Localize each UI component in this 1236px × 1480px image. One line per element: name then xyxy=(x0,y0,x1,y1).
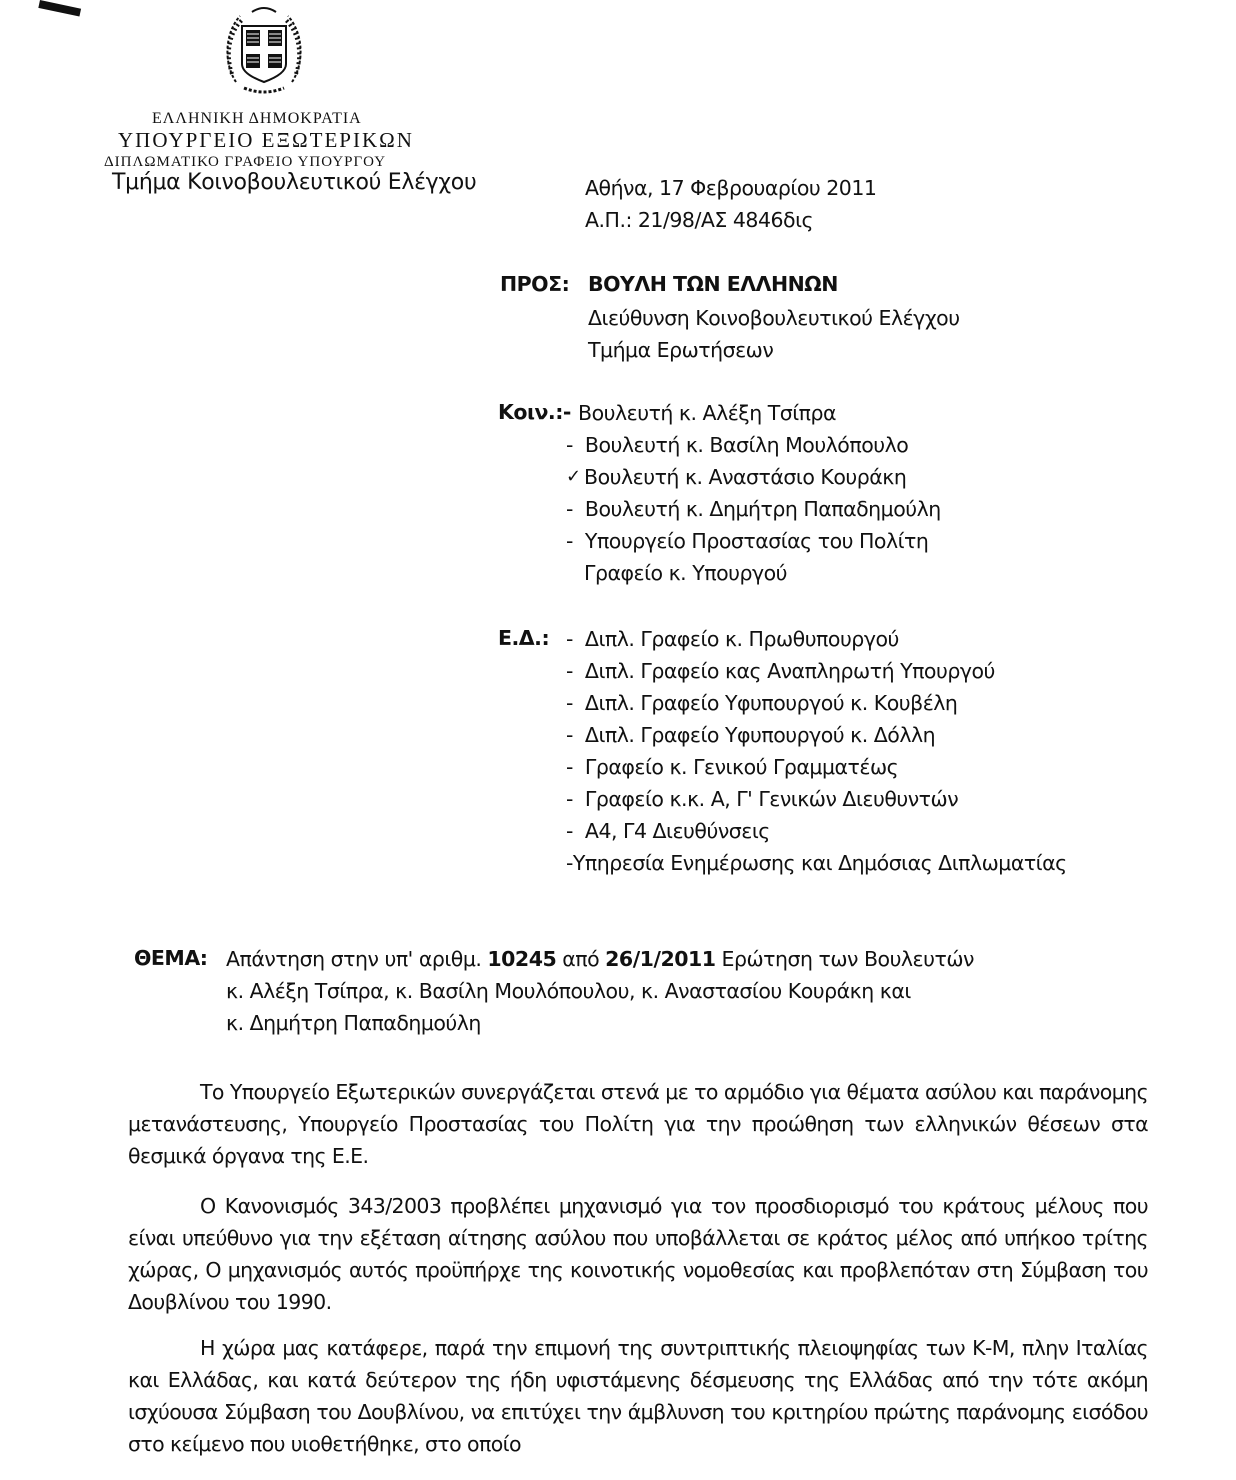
document-date: Αθήνα, 17 Φεβρουαρίου 2011 xyxy=(585,176,876,200)
copies-list: Βουλευτή κ. Αλέξη Τσίπρα - Βουλευτή κ. Β… xyxy=(566,400,941,592)
handwritten-check-icon: ✓ xyxy=(566,466,581,487)
list-item: Βουλευτή κ. Αναστάσιο Κουράκη xyxy=(566,464,941,496)
list-item: - Γραφείο κ.κ. Α, Γ' Γενικών Διευθυντών xyxy=(566,786,1067,818)
list-item: - Γραφείο κ. Γενικού Γραμματέως xyxy=(566,754,1067,786)
letterhead-republic: ΕΛΛΗΝΙΚΗ ΔΗΜΟΚΡΑΤΙΑ xyxy=(152,110,362,128)
subject-text-part: από xyxy=(556,947,605,971)
list-item: - Διπλ. Γραφείο κ. Πρωθυπουργού xyxy=(566,626,1067,658)
subject-text: Απάντηση στην υπ' αριθμ. 10245 από 26/1/… xyxy=(226,946,974,1042)
subject-label: ΘΕΜΑ: xyxy=(134,946,207,970)
body-paragraph: Το Υπουργείο Εξωτερικών συνεργάζεται στε… xyxy=(128,1076,1148,1172)
body-paragraph: Η χώρα μας κατάφερε, παρά την επιμονή τη… xyxy=(128,1332,1148,1460)
list-item: - Διπλ. Γραφείο Υφυπουργού κ. Κουβέλη xyxy=(566,690,1067,722)
greek-coat-of-arms-icon xyxy=(222,4,306,96)
list-item: -Υπηρεσία Ενημέρωσης και Δημόσιας Διπλωμ… xyxy=(566,850,1067,882)
list-item: - Διπλ. Γραφείο κας Αναπληρωτή Υπουργού xyxy=(566,658,1067,690)
recipient-line: Τμήμα Ερωτήσεων xyxy=(588,338,773,362)
list-item: - Βουλευτή κ. Βασίλη Μουλόπουλο xyxy=(566,432,941,464)
list-item: - Βουλευτή κ. Δημήτρη Παπαδημούλη xyxy=(566,496,941,528)
subject-line: κ. Αλέξη Τσίπρα, κ. Βασίλη Μουλόπουλου, … xyxy=(226,978,974,1010)
subject-line: κ. Δημήτρη Παπαδημούλη xyxy=(226,1010,974,1042)
recipient-line: ΒΟΥΛΗ ΤΩΝ ΕΛΛΗΝΩΝ xyxy=(588,272,838,296)
letterhead-office: ΔΙΠΛΩΜΑΤΙΚΟ ΓΡΑΦΕΙΟ ΥΠΟΥΡΓΟΥ xyxy=(104,154,386,171)
internal-distribution-list: - Διπλ. Γραφείο κ. Πρωθυπουργού - Διπλ. … xyxy=(566,626,1067,882)
list-item: Γραφείο κ. Υπουργού xyxy=(566,560,941,592)
question-date: 26/1/2011 xyxy=(605,947,715,971)
internal-distribution-label: Ε.Δ.: xyxy=(498,626,549,650)
list-item: - Α4, Γ4 Διευθύνσεις xyxy=(566,818,1067,850)
letterhead-department: Τμήμα Κοινοβουλευτικού Ελέγχου xyxy=(112,170,476,195)
list-item: - Διπλ. Γραφείο Υφυπουργού κ. Δόλλη xyxy=(566,722,1067,754)
subject-text-part: Απάντηση στην υπ' αριθμ. xyxy=(226,947,487,971)
protocol-number: Α.Π.: 21/98/ΑΣ 4846δις xyxy=(585,208,813,232)
list-item: - Υπουργείο Προστασίας του Πολίτη xyxy=(566,528,941,560)
copies-label: Κοιν.:- xyxy=(498,400,571,424)
recipient-line: Διεύθυνση Κοινοβουλευτικού Ελέγχου xyxy=(588,306,960,330)
letterhead-ministry: ΥΠΟΥΡΓΕΙΟ ΕΞΩΤΕΡΙΚΩΝ xyxy=(118,128,414,153)
question-number: 10245 xyxy=(487,947,556,971)
subject-line: Απάντηση στην υπ' αριθμ. 10245 από 26/1/… xyxy=(226,946,974,978)
list-item: Βουλευτή κ. Αλέξη Τσίπρα xyxy=(566,400,941,432)
scan-mark xyxy=(38,0,81,17)
subject-text-part: Ερώτηση των Βουλευτών xyxy=(716,947,974,971)
body-paragraph: Ο Κανονισμός 343/2003 προβλέπει μηχανισμ… xyxy=(128,1190,1148,1318)
recipient-label: ΠΡΟΣ: xyxy=(500,272,569,296)
